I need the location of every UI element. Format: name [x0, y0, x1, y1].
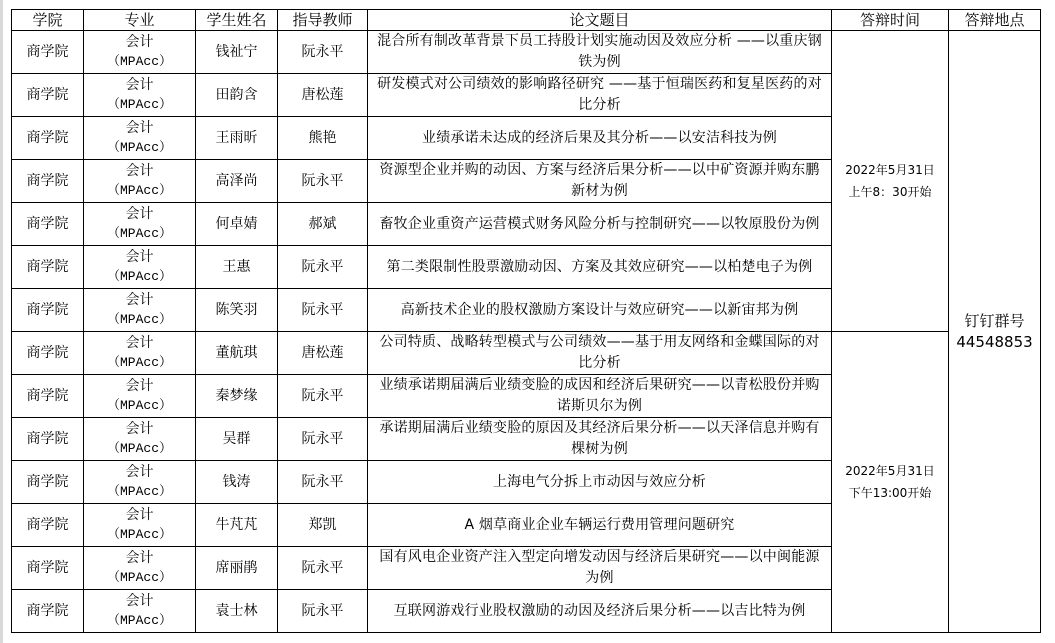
major-code: （MPAcc）	[84, 353, 195, 372]
cell-title: 畜牧企业重资产运营模式财务风险分析与控制研究——以牧原股份为例	[368, 203, 832, 246]
major-code: （MPAcc）	[84, 181, 195, 200]
major-name: 会计	[84, 33, 195, 52]
cell-college: 商学院	[12, 332, 84, 375]
cell-student: 陈笑羽	[196, 289, 278, 332]
place-group-number: 44548853	[949, 332, 1040, 353]
cell-title: 上海电气分拆上市动因与效应分析	[368, 461, 832, 504]
cell-college: 商学院	[12, 289, 84, 332]
major-name: 会计	[84, 377, 195, 396]
major-name: 会计	[84, 592, 195, 611]
major-code: （MPAcc）	[84, 267, 195, 286]
cell-major: 会计（MPAcc）	[84, 246, 196, 289]
cell-advisor: 熊艳	[278, 117, 368, 160]
cell-student: 钱涛	[196, 461, 278, 504]
major-name: 会计	[84, 205, 195, 224]
cell-advisor: 阮永平	[278, 418, 368, 461]
major-name: 会计	[84, 248, 195, 267]
header-advisor: 指导教师	[278, 10, 368, 31]
cell-student: 王雨昕	[196, 117, 278, 160]
cell-major: 会计（MPAcc）	[84, 74, 196, 117]
cell-title: 资源型企业并购的动因、方案与经济后果分析——以中矿资源并购东鹏新材为例	[368, 160, 832, 203]
cell-college: 商学院	[12, 246, 84, 289]
cell-student: 秦梦缘	[196, 375, 278, 418]
major-name: 会计	[84, 463, 195, 482]
cell-college: 商学院	[12, 461, 84, 504]
cell-title: 国有风电企业资产注入型定向增发动因与经济后果研究——以中闽能源为例	[368, 547, 832, 590]
cell-college: 商学院	[12, 547, 84, 590]
cell-student: 何卓婧	[196, 203, 278, 246]
major-name: 会计	[84, 506, 195, 525]
cell-student: 钱祉宁	[196, 31, 278, 74]
cell-college: 商学院	[12, 74, 84, 117]
cell-title: 第二类限制性股票激励动因、方案及其效应研究——以柏楚电子为例	[368, 246, 832, 289]
major-code: （MPAcc）	[84, 224, 195, 243]
cell-major: 会计（MPAcc）	[84, 547, 196, 590]
defense-schedule-table: 学院 专业 学生姓名 指导教师 论文题目 答辩时间 答辩地点 商学院 会计（MP…	[11, 9, 1041, 633]
cell-major: 会计（MPAcc）	[84, 117, 196, 160]
cell-major: 会计（MPAcc）	[84, 504, 196, 547]
major-code: （MPAcc）	[84, 396, 195, 415]
session-start: 下午13:00开始	[832, 482, 948, 504]
cell-title: 承诺期届满后业绩变脸的原因及其经济后果分析——以天泽信息并购有棵树为例	[368, 418, 832, 461]
major-name: 会计	[84, 119, 195, 138]
header-time: 答辩时间	[832, 10, 949, 31]
header-student: 学生姓名	[196, 10, 278, 31]
header-title: 论文题目	[368, 10, 832, 31]
major-code: （MPAcc）	[84, 568, 195, 587]
cell-major: 会计（MPAcc）	[84, 590, 196, 633]
cell-major: 会计（MPAcc）	[84, 160, 196, 203]
cell-student: 董航琪	[196, 332, 278, 375]
major-name: 会计	[84, 334, 195, 353]
header-college: 学院	[12, 10, 84, 31]
cell-title: A 烟草商业企业车辆运行费用管理问题研究	[368, 504, 832, 547]
major-name: 会计	[84, 420, 195, 439]
cell-advisor: 唐松莲	[278, 74, 368, 117]
cell-advisor: 阮永平	[278, 31, 368, 74]
cell-advisor: 阮永平	[278, 160, 368, 203]
cell-student: 席丽鹃	[196, 547, 278, 590]
cell-college: 商学院	[12, 375, 84, 418]
cell-advisor: 郝斌	[278, 203, 368, 246]
major-code: （MPAcc）	[84, 138, 195, 157]
cell-student: 高泽尚	[196, 160, 278, 203]
cell-advisor: 阮永平	[278, 461, 368, 504]
cell-student: 牛芃芃	[196, 504, 278, 547]
session-date: 2022年5月31日	[832, 159, 948, 181]
session-date: 2022年5月31日	[832, 460, 948, 482]
major-code: （MPAcc）	[84, 482, 195, 501]
major-code: （MPAcc）	[84, 310, 195, 329]
cell-college: 商学院	[12, 203, 84, 246]
major-code: （MPAcc）	[84, 95, 195, 114]
cell-advisor: 阮永平	[278, 375, 368, 418]
cell-session-morning: 2022年5月31日 上午8：30开始	[832, 31, 949, 332]
cell-major: 会计（MPAcc）	[84, 289, 196, 332]
major-name: 会计	[84, 291, 195, 310]
cell-student: 王惠	[196, 246, 278, 289]
cell-session-afternoon: 2022年5月31日 下午13:00开始	[832, 332, 949, 633]
place-label: 钉钉群号	[949, 311, 1040, 332]
cell-major: 会计（MPAcc）	[84, 203, 196, 246]
cell-advisor: 郑凯	[278, 504, 368, 547]
cell-major: 会计（MPAcc）	[84, 332, 196, 375]
cell-advisor: 唐松莲	[278, 332, 368, 375]
major-name: 会计	[84, 76, 195, 95]
header-major: 专业	[84, 10, 196, 31]
cell-advisor: 阮永平	[278, 289, 368, 332]
cell-student: 袁士林	[196, 590, 278, 633]
table-row: 商学院 会计（MPAcc） 董航琪 唐松莲 公司特质、战略转型模式与公司绩效——…	[12, 332, 1041, 375]
cell-title: 研发模式对公司绩效的影响路径研究 ——基于恒瑞医药和复星医药的对比分析	[368, 74, 832, 117]
major-code: （MPAcc）	[84, 525, 195, 544]
cell-title: 公司特质、战略转型模式与公司绩效——基于用友网络和金蝶国际的对比分析	[368, 332, 832, 375]
cell-advisor: 阮永平	[278, 246, 368, 289]
major-code: （MPAcc）	[84, 611, 195, 630]
cell-college: 商学院	[12, 418, 84, 461]
table-row: 商学院 会计（MPAcc） 钱祉宁 阮永平 混合所有制改革背景下员工持股计划实施…	[12, 31, 1041, 74]
cell-college: 商学院	[12, 117, 84, 160]
header-row: 学院 专业 学生姓名 指导教师 论文题目 答辩时间 答辩地点	[12, 10, 1041, 31]
cell-student: 吴群	[196, 418, 278, 461]
cell-place: 钉钉群号 44548853	[949, 31, 1041, 633]
cell-college: 商学院	[12, 31, 84, 74]
major-code: （MPAcc）	[84, 52, 195, 71]
cell-college: 商学院	[12, 504, 84, 547]
left-edge-bar	[0, 0, 3, 643]
cell-major: 会计（MPAcc）	[84, 461, 196, 504]
session-start: 上午8：30开始	[832, 181, 948, 203]
cell-title: 业绩承诺未达成的经济后果及其分析——以安洁科技为例	[368, 117, 832, 160]
major-name: 会计	[84, 549, 195, 568]
major-name: 会计	[84, 162, 195, 181]
cell-student: 田韵含	[196, 74, 278, 117]
cell-major: 会计（MPAcc）	[84, 31, 196, 74]
cell-advisor: 阮永平	[278, 547, 368, 590]
cell-major: 会计（MPAcc）	[84, 375, 196, 418]
major-code: （MPAcc）	[84, 439, 195, 458]
cell-advisor: 阮永平	[278, 590, 368, 633]
cell-title: 高新技术企业的股权激励方案设计与效应研究——以新宙邦为例	[368, 289, 832, 332]
cell-college: 商学院	[12, 160, 84, 203]
cell-title: 业绩承诺期届满后业绩变脸的成因和经济后果研究——以青松股份并购诺斯贝尔为例	[368, 375, 832, 418]
cell-major: 会计（MPAcc）	[84, 418, 196, 461]
cell-title: 互联网游戏行业股权激励的动因及经济后果分析——以吉比特为例	[368, 590, 832, 633]
header-place: 答辩地点	[949, 10, 1041, 31]
cell-title: 混合所有制改革背景下员工持股计划实施动因及效应分析 ——以重庆钢铁为例	[368, 31, 832, 74]
cell-college: 商学院	[12, 590, 84, 633]
